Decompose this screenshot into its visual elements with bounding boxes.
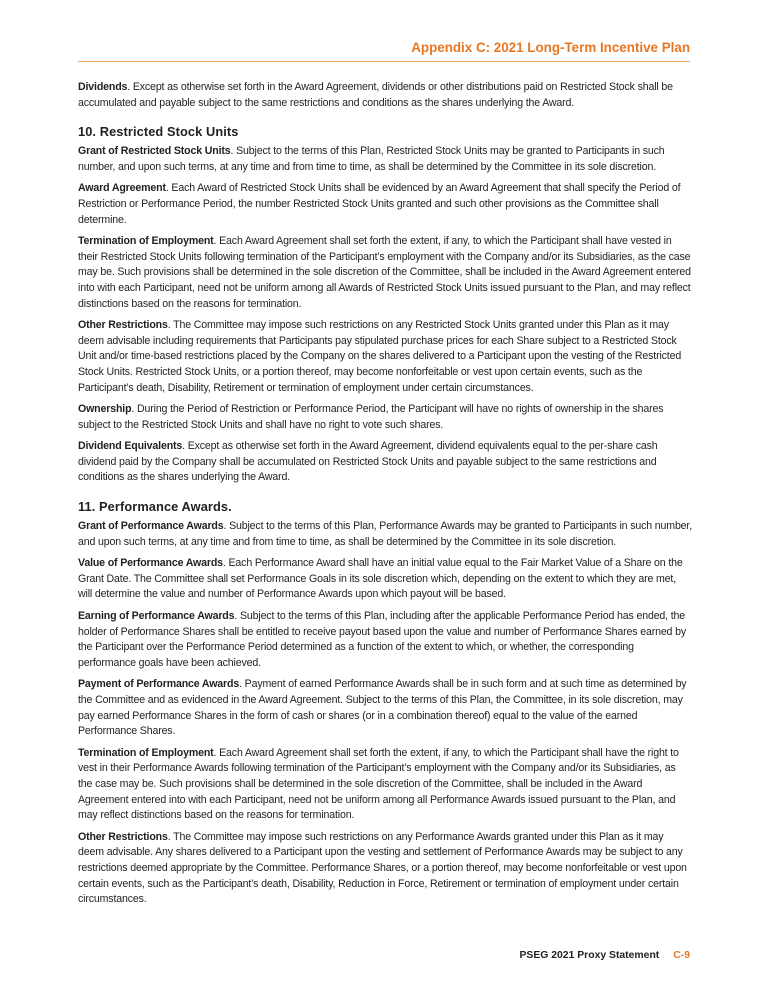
paragraph-text: . Except as otherwise set forth in the A…: [78, 81, 673, 109]
paragraph-payment-performance: Payment of Performance Awards. Payment o…: [78, 677, 692, 739]
paragraph-text: . The Committee may impose such restrict…: [78, 319, 681, 393]
paragraph-grant-rsu: Grant of Restricted Stock Units. Subject…: [78, 144, 692, 175]
paragraph-term: Earning of Performance Awards: [78, 610, 234, 622]
paragraph-other-restrictions-rsu: Other Restrictions. The Committee may im…: [78, 318, 692, 396]
paragraph-dividend-equivalents: Dividend Equivalents. Except as otherwis…: [78, 439, 692, 486]
paragraph-termination-rsu: Termination of Employment. Each Award Ag…: [78, 234, 692, 312]
paragraph-termination-performance: Termination of Employment. Each Award Ag…: [78, 746, 692, 824]
paragraph-term: Other Restrictions: [78, 319, 168, 331]
paragraph-award-agreement: Award Agreement. Each Award of Restricte…: [78, 181, 692, 228]
paragraph-term: Dividends: [78, 81, 127, 93]
paragraph-term: Value of Performance Awards: [78, 557, 223, 569]
paragraph-ownership: Ownership. During the Period of Restrict…: [78, 402, 692, 433]
paragraph-grant-performance: Grant of Performance Awards. Subject to …: [78, 519, 692, 550]
paragraph-earning-performance: Earning of Performance Awards. Subject t…: [78, 609, 692, 671]
section-heading-restricted-stock-units: 10. Restricted Stock Units: [78, 124, 692, 139]
paragraph-term: Termination of Employment: [78, 747, 214, 759]
paragraph-term: Other Restrictions: [78, 831, 168, 843]
paragraph-term: Payment of Performance Awards: [78, 678, 239, 690]
section-heading-performance-awards: 11. Performance Awards.: [78, 499, 692, 514]
paragraph-term: Grant of Restricted Stock Units: [78, 145, 231, 157]
paragraph-other-restrictions-performance: Other Restrictions. The Committee may im…: [78, 830, 692, 908]
paragraph-dividends: Dividends. Except as otherwise set forth…: [78, 80, 692, 111]
page-footer: PSEG 2021 Proxy StatementC-9: [519, 950, 690, 961]
paragraph-term: Dividend Equivalents: [78, 440, 182, 452]
page-number: C-9: [673, 950, 690, 961]
paragraph-term: Ownership: [78, 403, 131, 415]
paragraph-term: Grant of Performance Awards: [78, 520, 223, 532]
document-body: Dividends. Except as otherwise set forth…: [78, 80, 692, 914]
paragraph-term: Termination of Employment: [78, 235, 214, 247]
page-header-title: Appendix C: 2021 Long-Term Incentive Pla…: [411, 40, 690, 55]
paragraph-text: . The Committee may impose such restrict…: [78, 831, 687, 905]
paragraph-value-performance: Value of Performance Awards. Each Perfor…: [78, 556, 692, 603]
paragraph-text: . During the Period of Restriction or Pe…: [78, 403, 663, 431]
footer-publication: PSEG 2021 Proxy Statement: [519, 950, 659, 961]
paragraph-term: Award Agreement: [78, 182, 166, 194]
header-divider: [78, 61, 690, 62]
paragraph-text: . Each Award of Restricted Stock Units s…: [78, 182, 680, 225]
